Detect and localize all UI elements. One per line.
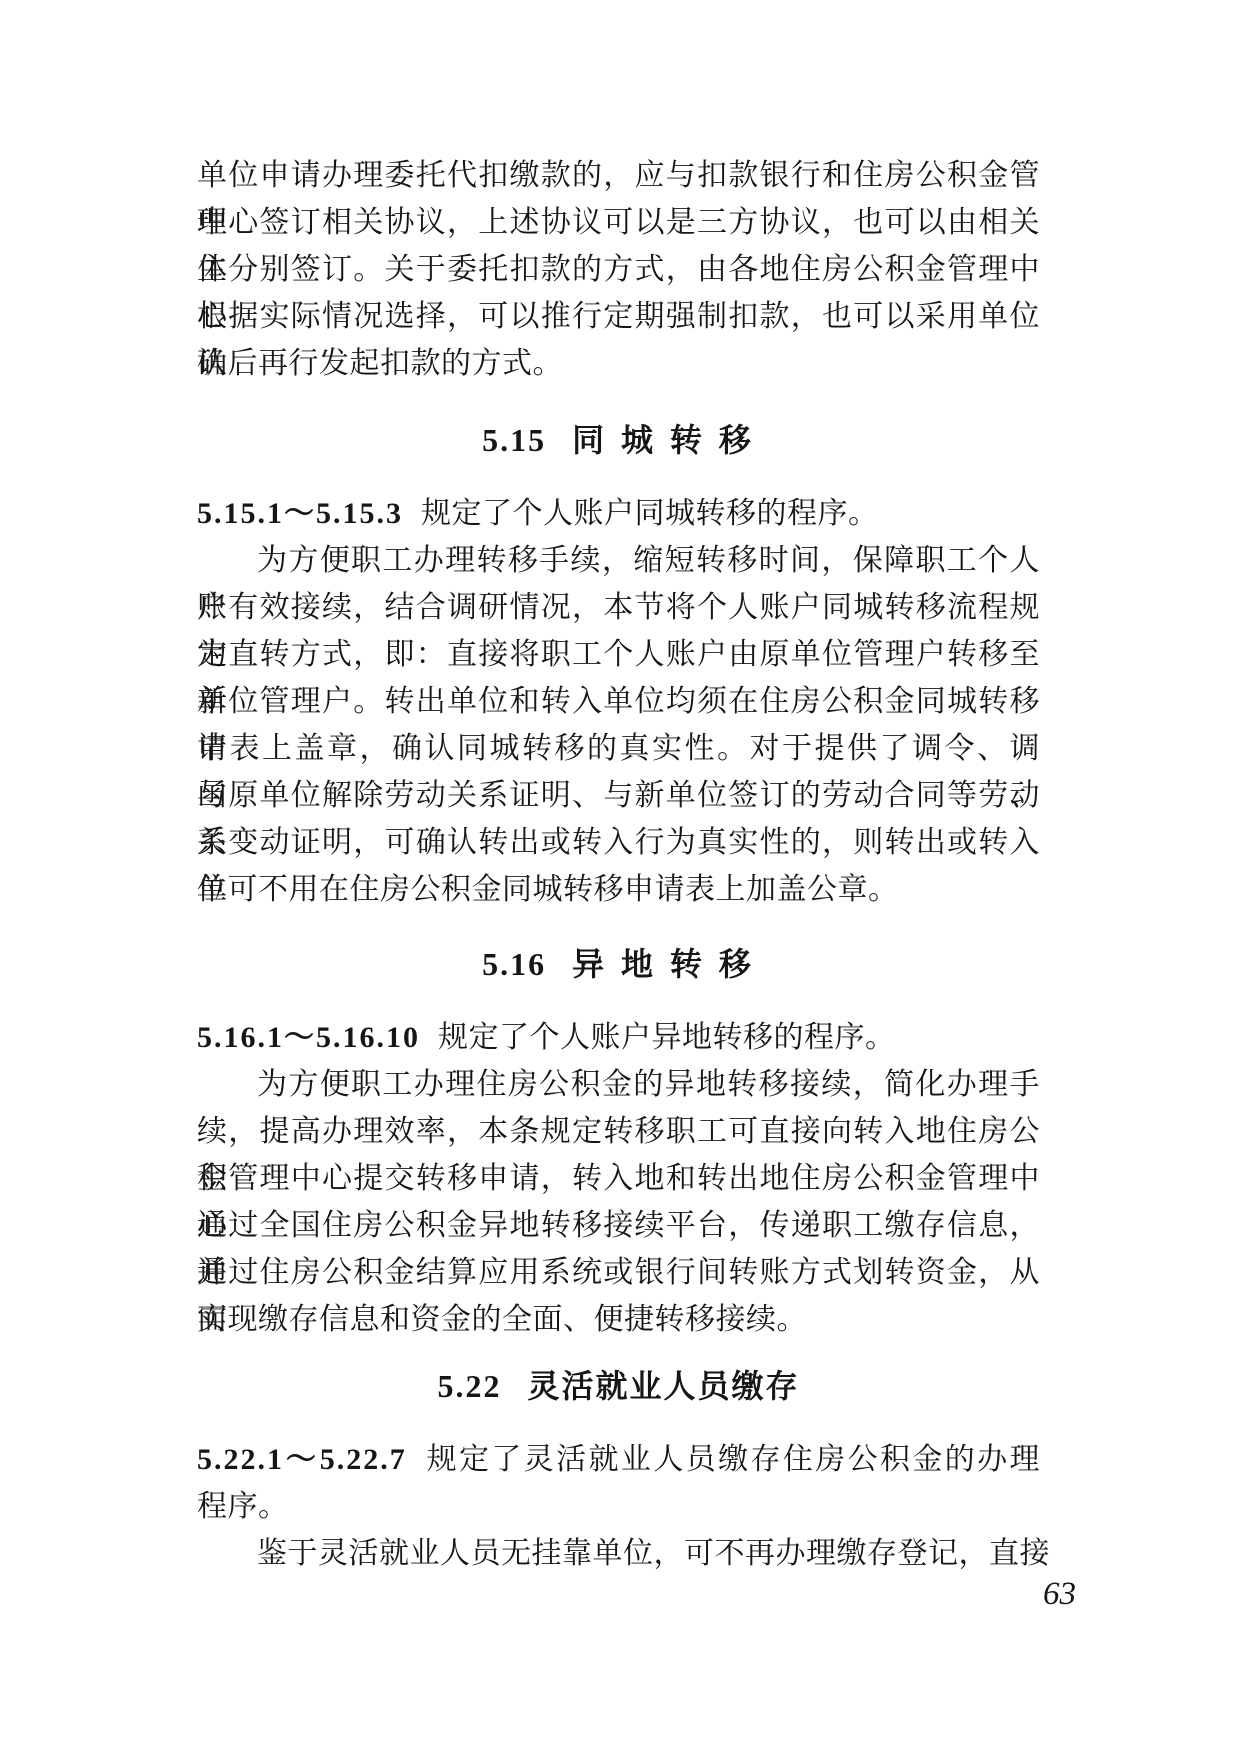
text-column: 单位申请办理委托代扣缴款的，应与扣款银行和住房公积金管理 中心签订相关协议，上述… — [197, 152, 1040, 1577]
body-line: 金管理中心提交转移申请，转入地和转出地住房公积金管理中心 — [197, 1155, 1040, 1202]
body-line: 实现缴存信息和资金的全面、便捷转移接续。 — [197, 1296, 1040, 1343]
page-number: 63 — [1043, 1576, 1076, 1613]
section-heading-5-15: 5.15同 城 转 移 — [197, 417, 1040, 464]
body-line: 中心签订相关协议，上述协议可以是三方协议，也可以由相关主 — [197, 199, 1040, 246]
body-line: 户有效接续，结合调研情况，本节将个人账户同城转移流程规定 — [197, 584, 1040, 631]
clause-number: 5.22.1～5.22.7 — [197, 1443, 407, 1476]
clause-number: 5.15.1～5.15.3 — [197, 497, 403, 530]
clause-5-16: 5.16.1～5.16.10规定了个人账户异地转移的程序。 — [197, 1014, 1040, 1061]
section-title: 同 城 转 移 — [572, 422, 755, 458]
paragraph-5-22: 鉴于灵活就业人员无挂靠单位，可不再办理缴存登记，直接 — [197, 1530, 1040, 1577]
body-line: 与原单位解除劳动关系证明、与新单位签订的劳动合同等劳动关 — [197, 772, 1040, 819]
body-line: 鉴于灵活就业人员无挂靠单位，可不再办理缴存登记，直接 — [197, 1530, 1040, 1577]
paragraph-5-16: 为方便职工办理住房公积金的异地转移接续，简化办理手 续，提高办理效率，本条规定转… — [197, 1061, 1040, 1343]
clause-5-15: 5.15.1～5.15.3规定了个人账户同城转移的程序。 — [197, 490, 1040, 537]
paragraph-5-15: 为方便职工办理转移手续，缩短转移时间，保障职工个人账 户有效接续，结合调研情况，… — [197, 537, 1040, 913]
body-line: 通过住房公积金结算应用系统或银行间转账方式划转资金，从而 — [197, 1249, 1040, 1296]
body-line: 请表上盖章，确认同城转移的真实性。对于提供了调令、调函、 — [197, 725, 1040, 772]
body-line: 为直转方式，即：直接将职工个人账户由原单位管理户转移至新 — [197, 631, 1040, 678]
clause-text: 规定了个人账户异地转移的程序。 — [438, 1021, 896, 1054]
body-line: 为方便职工办理转移手续，缩短转移时间，保障职工个人账 — [197, 537, 1040, 584]
body-line: 为方便职工办理住房公积金的异地转移接续，简化办理手 — [197, 1061, 1040, 1108]
clause-number: 5.16.1～5.16.10 — [197, 1021, 420, 1054]
section-title: 异 地 转 移 — [572, 946, 755, 982]
body-line: 系变动证明，可确认转出或转入行为真实性的，则转出或转入单 — [197, 819, 1040, 866]
body-line: 根据实际情况选择，可以推行定期强制扣款，也可以采用单位确 — [197, 293, 1040, 340]
section-number: 5.16 — [482, 946, 546, 982]
section-number: 5.22 — [437, 1368, 501, 1404]
body-line: 通过全国住房公积金异地转移接续平台，传递职工缴存信息，并 — [197, 1202, 1040, 1249]
body-line: 位可不用在住房公积金同城转移申请表上加盖公章。 — [197, 866, 1040, 913]
clause-text: 规定了灵活就业人员缴存住房公积金的办理 — [425, 1443, 1040, 1476]
section-title: 灵活就业人员缴存 — [527, 1368, 799, 1404]
clause-text: 规定了个人账户同城转移的程序。 — [421, 497, 879, 530]
body-line: 续，提高办理效率，本条规定转移职工可直接向转入地住房公积 — [197, 1108, 1040, 1155]
clause-text-continued: 程序。 — [197, 1483, 1040, 1530]
section-heading-5-16: 5.16异 地 转 移 — [197, 941, 1040, 988]
body-line: 认后再行发起扣款的方式。 — [197, 340, 1040, 387]
scanned-document-page: { "page": { "number": "63" }, "doc": { "… — [0, 0, 1240, 1738]
paragraph-continuation: 单位申请办理委托代扣缴款的，应与扣款银行和住房公积金管理 中心签订相关协议，上述… — [197, 152, 1040, 387]
section-number: 5.15 — [482, 422, 546, 458]
body-line: 单位申请办理委托代扣缴款的，应与扣款银行和住房公积金管理 — [197, 152, 1040, 199]
body-line: 体分别签订。关于委托扣款的方式，由各地住房公积金管理中心 — [197, 246, 1040, 293]
body-line: 单位管理户。转出单位和转入单位均须在住房公积金同城转移申 — [197, 678, 1040, 725]
section-heading-5-22: 5.22灵活就业人员缴存 — [197, 1363, 1040, 1410]
clause-5-22: 5.22.1～5.22.7规定了灵活就业人员缴存住房公积金的办理 — [197, 1436, 1040, 1483]
